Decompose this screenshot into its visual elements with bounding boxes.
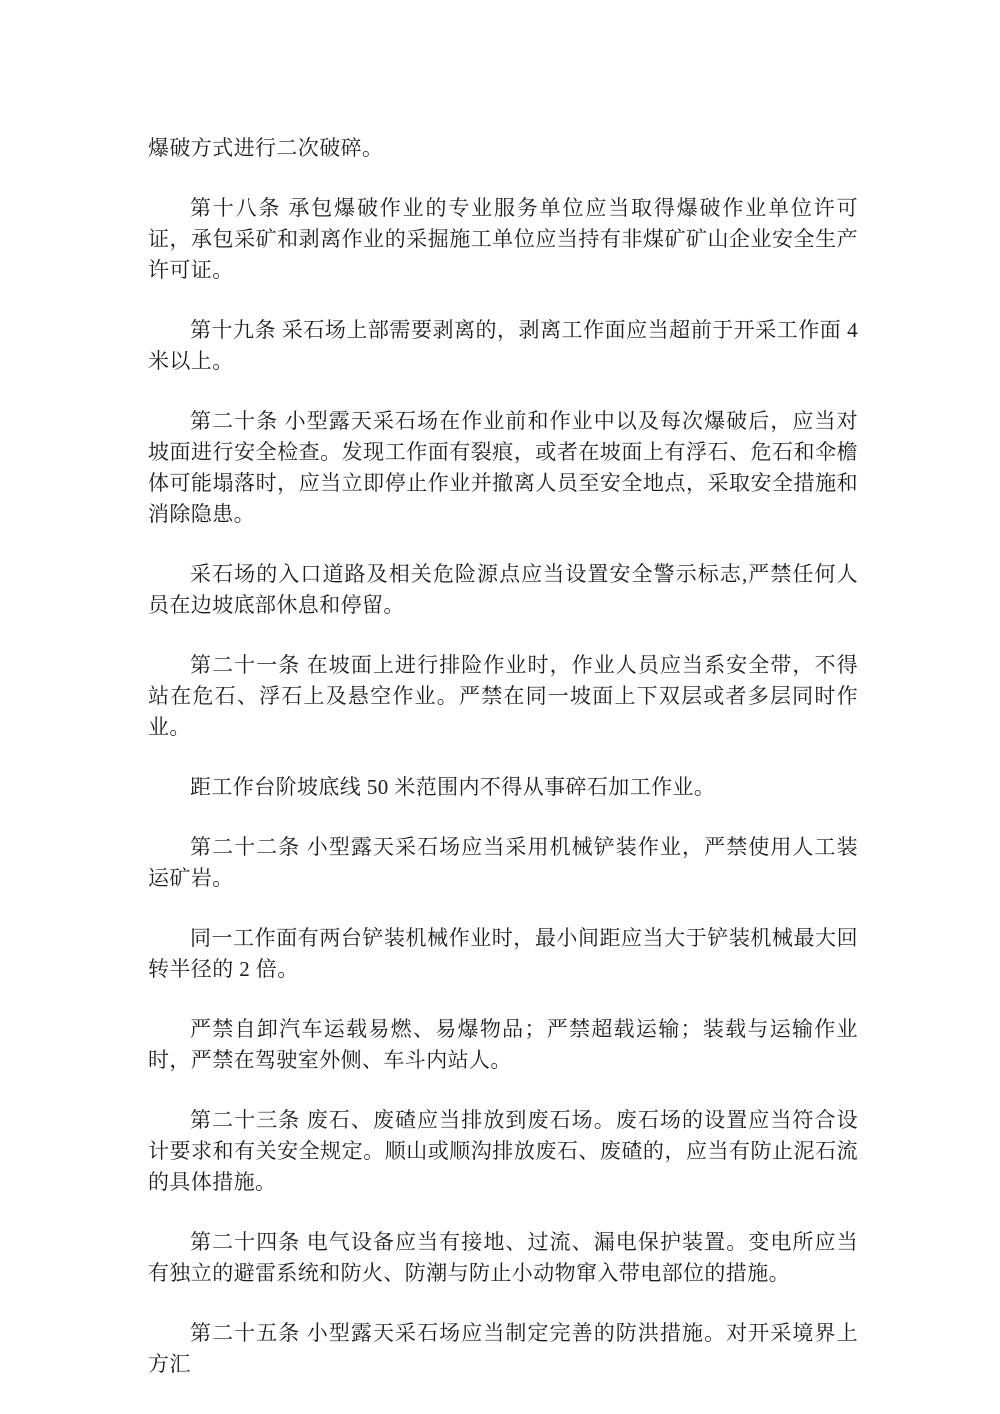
paragraph: 第十八条 承包爆破作业的专业服务单位应当取得爆破作业单位许可证，承包采矿和剥离作… <box>148 193 858 286</box>
paragraph: 第二十二条 小型露天采石场应当采用机械铲装作业，严禁使用人工装运矿岩。 <box>148 832 858 894</box>
paragraph: 第二十条 小型露天采石场在作业前和作业中以及每次爆破后，应当对坡面进行安全检查。… <box>148 406 858 530</box>
paragraph: 严禁自卸汽车运载易燃、易爆物品；严禁超载运输；装载与运输作业时，严禁在驾驶室外侧… <box>148 1014 858 1076</box>
paragraph: 第二十五条 小型露天采石场应当制定完善的防洪措施。对开采境界上方汇 <box>148 1318 858 1380</box>
paragraph: 距工作台阶坡底线 50 米范围内不得从事碎石加工作业。 <box>148 772 858 803</box>
paragraph: 第二十四条 电气设备应当有接地、过流、漏电保护装置。变电所应当有独立的避雷系统和… <box>148 1227 858 1289</box>
paragraph: 爆破方式进行二次破碎。 <box>148 133 858 164</box>
paragraph: 第二十三条 废石、废碴应当排放到废石场。废石场的设置应当符合设计要求和有关安全规… <box>148 1105 858 1198</box>
paragraph: 第二十一条 在坡面上进行排险作业时，作业人员应当系安全带，不得站在危石、浮石上及… <box>148 650 858 743</box>
paragraph: 第十九条 采石场上部需要剥离的，剥离工作面应当超前于开采工作面 4 米以上。 <box>148 315 858 377</box>
paragraph: 采石场的入口道路及相关危险源点应当设置安全警示标志,严禁任何人员在边坡底部休息和… <box>148 559 858 621</box>
document-page: 爆破方式进行二次破碎。第十八条 承包爆破作业的专业服务单位应当取得爆破作业单位许… <box>0 0 1000 1414</box>
document-body-text: 爆破方式进行二次破碎。第十八条 承包爆破作业的专业服务单位应当取得爆破作业单位许… <box>148 133 858 1380</box>
paragraph: 同一工作面有两台铲装机械作业时，最小间距应当大于铲装机械最大回转半径的 2 倍。 <box>148 923 858 985</box>
